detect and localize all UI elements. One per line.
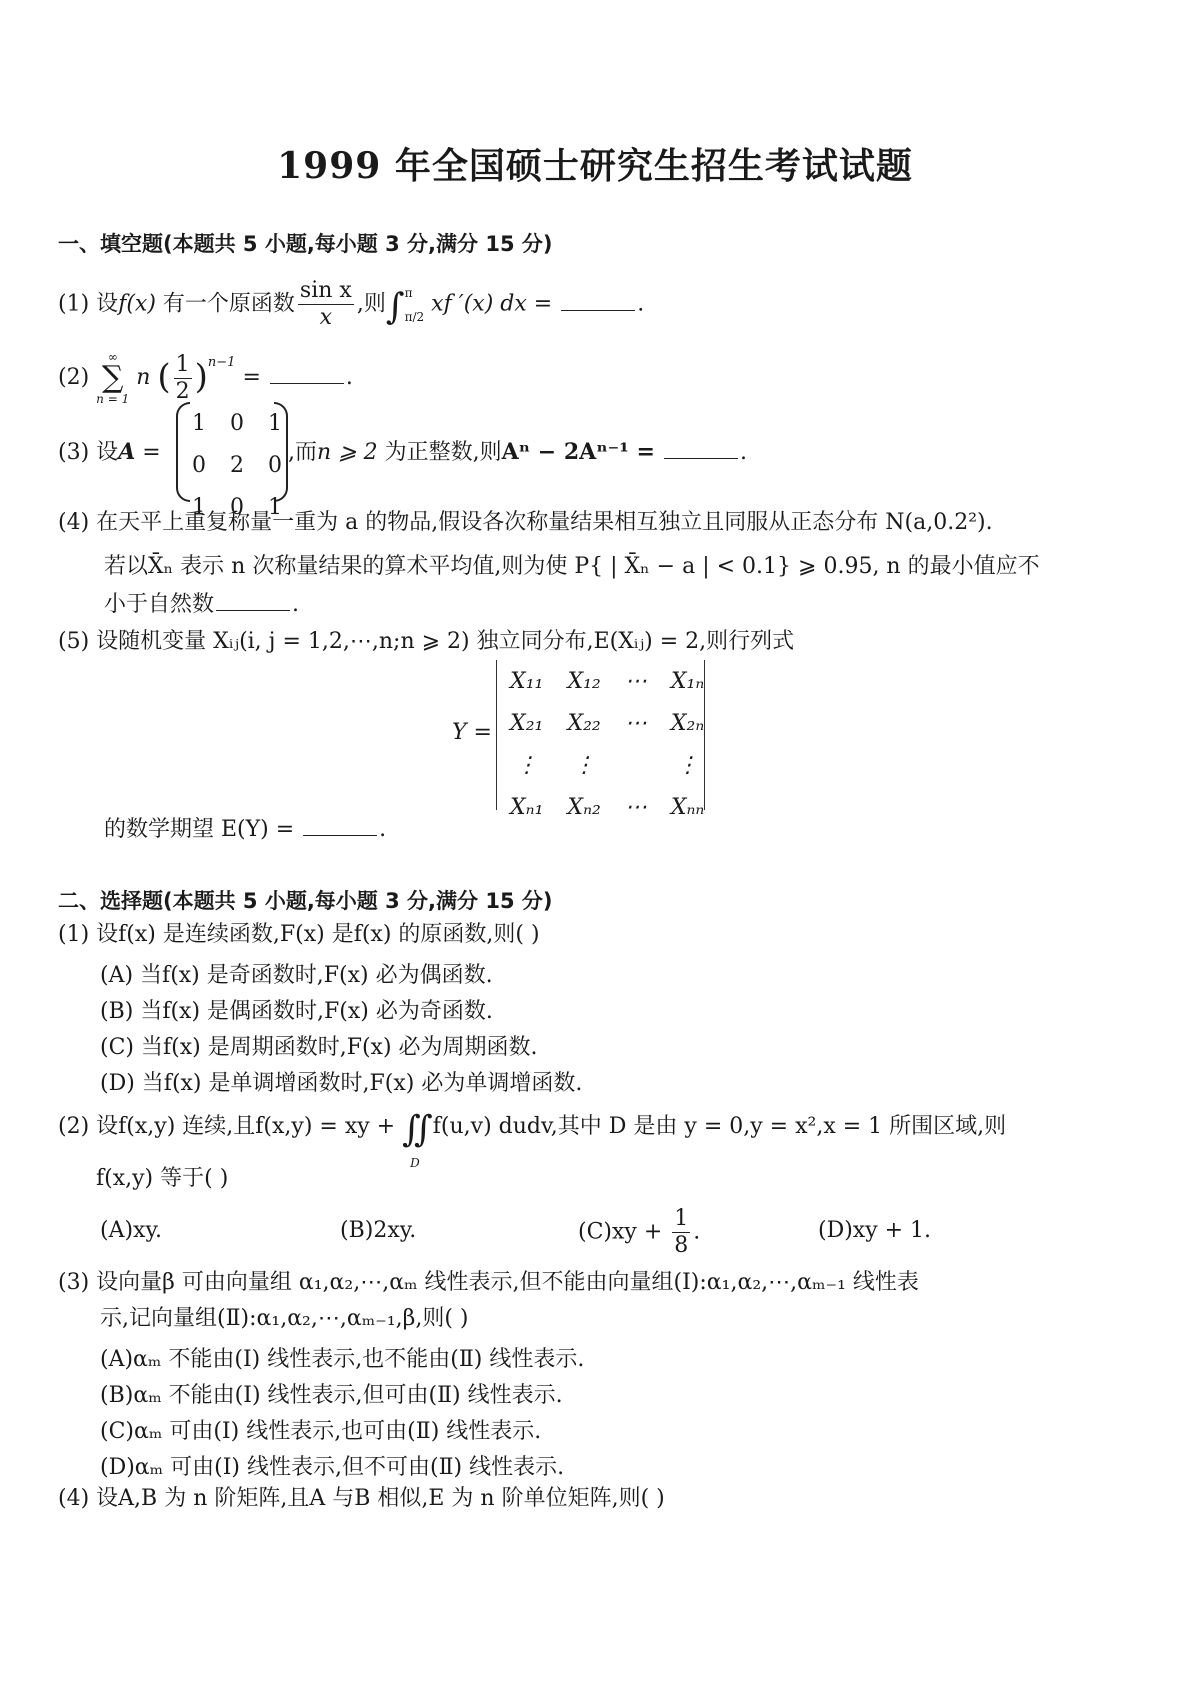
question-number: (4) [58,510,89,535]
left-bracket [176,402,190,502]
denominator: 8 [672,1233,690,1259]
question-1-5-end: 的数学期望 E(Y) = . [104,815,386,845]
double-integral-icon: ∬ [402,1109,433,1150]
option-C[interactable]: (C)αₘ 可由(Ⅰ) 线性表示,也可由(Ⅱ) 线性表示. [100,1414,541,1445]
fraction-one-eighth: 18 [672,1206,690,1259]
text: f(u,v) dudv,其中 D 是由 y = 0,y = x²,x = 1 所… [433,1114,1006,1139]
text: = [142,440,160,465]
answer-blank[interactable] [303,815,377,836]
text: . [693,1220,700,1245]
question-2-2-stem: (2) 设f(x,y) 连续,且f(x,y) = xy + ∬Df(u,v) d… [58,1112,1006,1145]
option-A[interactable]: (A)xy. [100,1218,162,1243]
question-number: (5) [58,629,89,654]
text: 设 [96,440,118,465]
option-C[interactable]: (C) 当f(x) 是周期函数时,F(x) 必为周期函数. [100,1030,538,1061]
question-1-4-line2: 若以X̄ₙ 表示 n 次称量结果的算术平均值,则为使 P{ | X̄ₙ − a … [104,552,1040,582]
option-A[interactable]: (A) 当f(x) 是奇函数时,F(x) 必为偶函数. [100,958,493,989]
cell: X₂₁ [498,702,555,744]
text: . [637,292,644,317]
cell: ⋯ [613,786,659,828]
option-B[interactable]: (B)2xy. [340,1218,416,1243]
page-title: 1999 年全国硕士研究生招生考试试题 [0,138,1190,189]
fraction-sinx-over-x: sin xx [298,278,354,331]
question-number: (2) [58,365,89,390]
question-1-3-label: (3) 设A = [58,437,161,468]
cell: X₁₁ [498,660,555,702]
numerator: 1 [174,352,192,379]
determinant-Y: X₁₁X₁₂⋯X₁ₙ X₂₁X₂₂⋯X₂ₙ ⋮⋮⋮ Xₙ₁Xₙ₂⋯Xₙₙ [496,660,716,828]
cell: 2 [218,444,256,486]
cell: X₂ₙ [659,702,717,744]
integral-limits: ππ/2 [405,286,425,324]
expression: Aⁿ − 2Aⁿ⁻¹ = [502,439,655,465]
matrix-name: A [118,439,135,465]
question-number: (3) [58,440,89,465]
upper-limit: π [405,286,425,300]
double-integral: ∬D [402,1112,433,1145]
question-1-4-line1: (4) 在天平上重复称量一重为 a 的物品,假设各次称量结果相互独立且同服从正态… [58,508,993,538]
option-A[interactable]: (A)αₘ 不能由(Ⅰ) 线性表示,也不能由(Ⅱ) 线性表示. [100,1342,584,1373]
text: 的数学期望 E(Y) = [104,817,294,842]
numerator: sin x [298,278,354,305]
option-B[interactable]: (B) 当f(x) 是偶函数时,F(x) 必为奇函数. [100,994,493,1025]
integral-domain: D [410,1148,420,1178]
question-number: (1) [58,292,89,317]
summation: ∞ ∑ n = 1 [96,351,129,405]
lower-limit: π/2 [405,310,425,324]
cell [613,744,659,786]
sigma-icon: ∑ [96,363,129,393]
cell: ⋮ [498,744,555,786]
text: = [242,365,260,390]
text: 在天平上重复称量一重为 a 的物品,假设各次称量结果相互独立且同服从正态分布 N… [96,510,992,535]
answer-blank[interactable] [561,290,635,311]
text: ,而 [288,440,317,465]
condition: n ⩾ 2 [317,440,378,465]
option-B[interactable]: (B)αₘ 不能由(Ⅰ) 线性表示,但可由(Ⅱ) 线性表示. [100,1378,563,1409]
cell: X₂₂ [555,702,612,744]
term: n [136,365,150,390]
option-D[interactable]: (D)xy + 1. [818,1218,931,1243]
answer-blank[interactable] [216,590,290,611]
right-paren: ) [195,357,208,397]
text: ,则 [357,292,386,317]
text: . [292,592,299,617]
question-1-3-rest: ,而n ⩾ 2 为正整数,则Aⁿ − 2Aⁿ⁻¹ = . [288,437,747,468]
option-D[interactable]: (D)αₘ 可由(Ⅰ) 线性表示,但不可由(Ⅱ) 线性表示. [100,1450,564,1481]
question-2-1-stem: (1) 设f(x) 是连续函数,F(x) 是f(x) 的原函数,则( ) [58,920,540,950]
determinant-table: X₁₁X₁₂⋯X₁ₙ X₂₁X₂₂⋯X₂ₙ ⋮⋮⋮ Xₙ₁Xₙ₂⋯Xₙₙ [498,660,716,828]
question-1-4-line3: 小于自然数. [104,590,299,620]
text: 设随机变量 Xᵢⱼ(i, j = 1,2,⋯,n;n ⩾ 2) 独立同分布,E(… [96,629,794,654]
denominator: x [298,305,354,331]
option-D[interactable]: (D) 当f(x) 是单调增函数时,F(x) 必为单调增函数. [100,1066,582,1097]
answer-blank[interactable] [270,363,344,384]
option-C[interactable]: (C)xy + 18. [578,1206,700,1259]
determinant-lhs: Y = [452,718,492,748]
right-bracket [274,402,288,502]
cell: Xₙₙ [659,786,717,828]
section-heading-fill-in: 一、填空题(本题共 5 小题,每小题 3 分,满分 15 分) [58,228,552,258]
text: 小于自然数 [104,592,214,617]
question-1-1: (1) 设f(x) 有一个原函数sin xx,则∫ππ/2 xf ′(x) dx… [58,278,644,331]
numerator: 1 [672,1206,690,1233]
exponent: n−1 [208,355,236,370]
sum-lower: n = 1 [96,393,129,405]
fraction-half: 12 [174,352,192,405]
question-2-3-line1: (3) 设向量β 可由向量组 α₁,α₂,⋯,αₘ 线性表示,但不能由向量组(Ⅰ… [58,1268,919,1298]
question-2-4-stem: (4) 设A,B 为 n 阶矩阵,且A 与B 相似,E 为 n 阶单位矩阵,则(… [58,1484,665,1514]
question-1-5-line1: (5) 设随机变量 Xᵢⱼ(i, j = 1,2,⋯,n;n ⩾ 2) 独立同分… [58,627,794,657]
text: . [379,817,386,842]
text: 有一个原函数 [163,292,295,317]
right-bar [704,660,705,810]
cell: X₁₂ [555,660,612,702]
math-fx: f(x) [118,292,156,317]
cell: ⋯ [613,660,659,702]
text: 设 [96,292,118,317]
left-bar [496,660,497,810]
integrand: xf ′(x) dx = [431,292,552,317]
left-paren: ( [157,357,170,397]
question-2-3-line2: 示,记向量组(Ⅱ):α₁,α₂,⋯,αₘ₋₁,β,则( ) [100,1304,469,1334]
text: . [740,440,747,465]
exam-page: 1999 年全国硕士研究生招生考试试题 一、填空题(本题共 5 小题,每小题 3… [0,0,1190,1683]
cell: X₁ₙ [659,660,717,702]
answer-blank[interactable] [664,438,738,459]
text: (C)xy + [578,1220,662,1245]
cell: ⋮ [659,744,717,786]
cell: ⋮ [555,744,612,786]
integral-sign: ∫ [386,287,405,328]
text: (2) 设f(x,y) 连续,且f(x,y) = xy + [58,1114,395,1139]
denominator: 2 [174,379,192,405]
text: 为正整数,则 [385,440,502,465]
text: . [346,365,353,390]
cell: Xₙ₁ [498,786,555,828]
section-heading-multiple-choice: 二、选择题(本题共 5 小题,每小题 3 分,满分 15 分) [58,885,552,915]
cell: Xₙ₂ [555,786,612,828]
cell: ⋯ [613,702,659,744]
question-1-2: (2) ∞ ∑ n = 1 n (12)n−1 = . [58,348,353,405]
question-2-2-stem-cont: f(x,y) 等于( ) [96,1164,228,1194]
cell: 0 [218,402,256,444]
